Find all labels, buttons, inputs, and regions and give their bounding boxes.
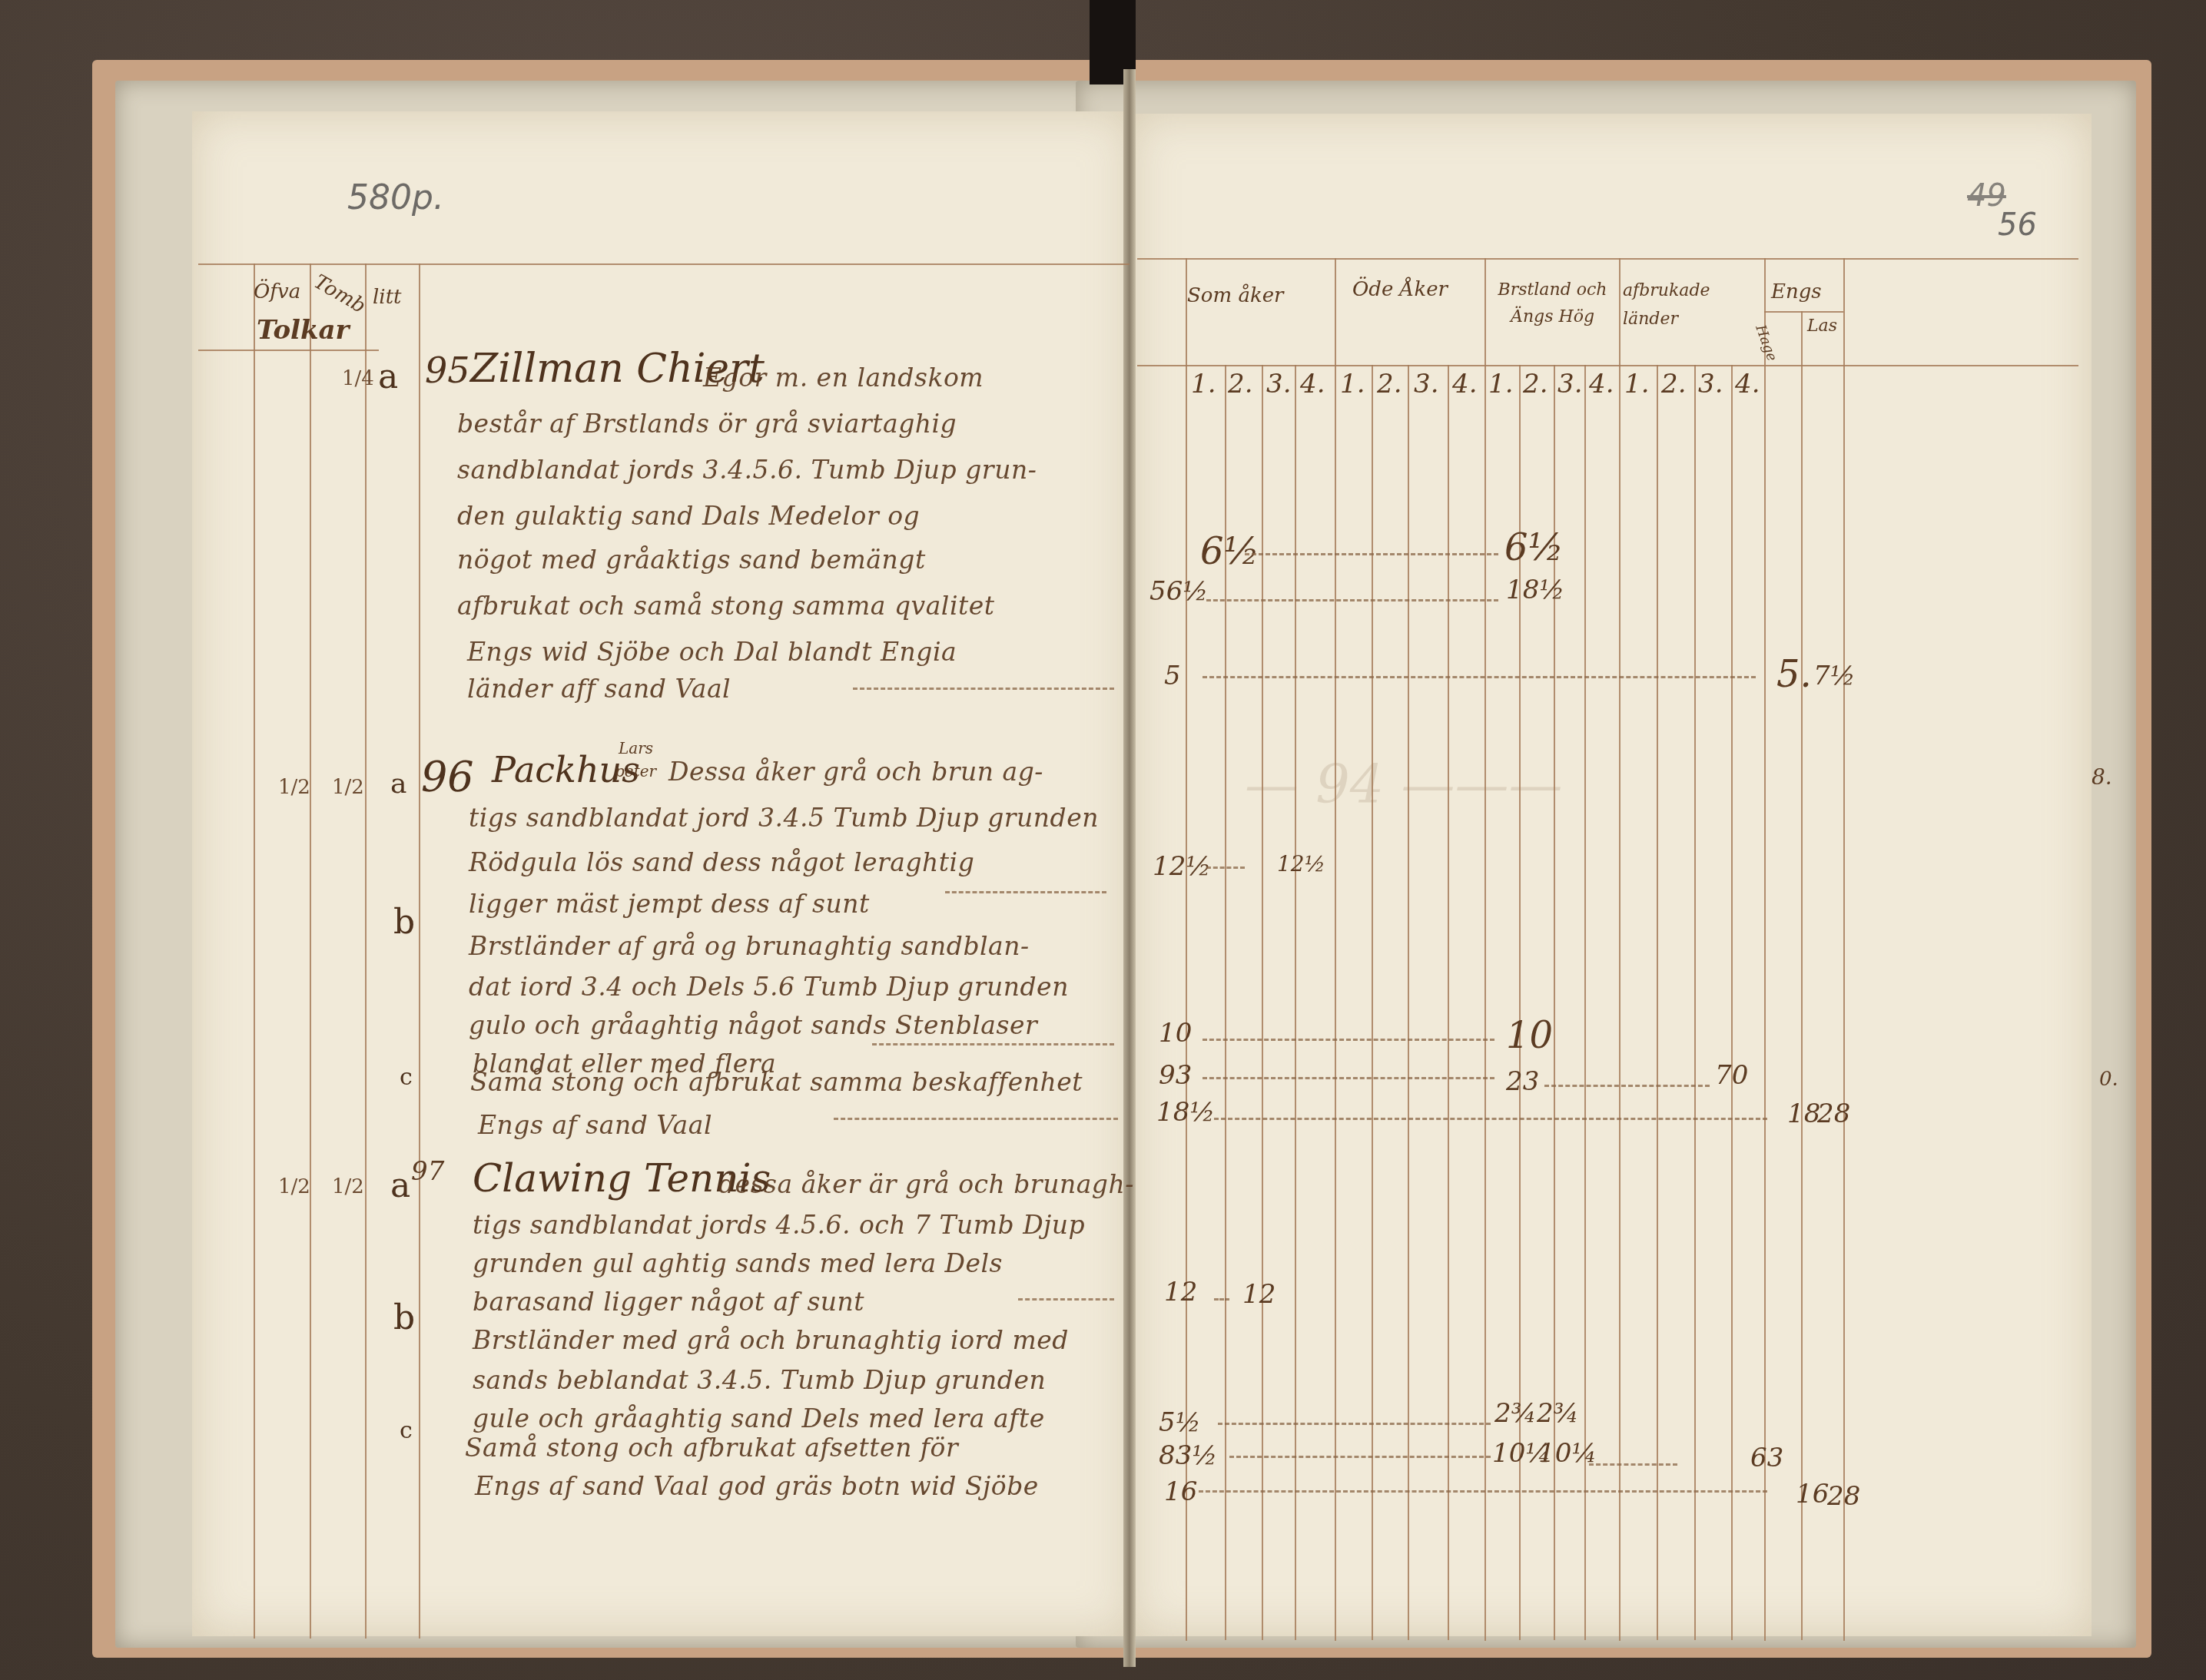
header-col1-sub: Tolkar xyxy=(257,315,350,346)
entry-97-text-line: barasand ligger något af sunt xyxy=(473,1289,864,1314)
subcol-label: 3. xyxy=(1557,369,1582,399)
cell-value: 12 xyxy=(1242,1279,1275,1310)
entry-97-text-line: grunden gul aghtig sands med lera Dels xyxy=(473,1251,1003,1276)
entry-97-col1-fraction: 1/2 xyxy=(278,1175,310,1198)
entry-95-text-line: länder aff sand Vaal xyxy=(467,676,731,701)
folio-number: 56 xyxy=(1998,207,2037,243)
subcol-label: 2. xyxy=(1377,369,1402,399)
entry-95-text-line: består af Brstlands ör grå sviartaghig xyxy=(457,411,957,436)
cell-value: 5. xyxy=(1776,653,1812,696)
cell-value: 18½ xyxy=(1506,575,1564,605)
subcol-label: 3. xyxy=(1698,369,1723,399)
leader-dashes xyxy=(834,1118,1118,1120)
entry-96-text-line: Samå stong och afbrukat samma beskaffenh… xyxy=(470,1069,1083,1095)
column-rule xyxy=(365,263,367,1639)
column-rule xyxy=(1408,365,1409,1640)
entry-97-text-line: Engs af sand Vaal god gräs botn wid Sjöb… xyxy=(475,1473,1039,1499)
subcol-label: 4. xyxy=(1300,369,1325,399)
margin-total: 12 xyxy=(1164,1277,1197,1307)
subcol-label: 2. xyxy=(1523,369,1548,399)
header-group-som-aker: Som åker xyxy=(1187,284,1283,307)
entry-97-text-line: gule och gråaghtig sand Dels med lera af… xyxy=(473,1406,1045,1431)
margin-total: 12½ xyxy=(1153,851,1211,882)
right-page xyxy=(1131,114,2092,1636)
header-engs-las: Las xyxy=(1807,316,1837,336)
entry-96-col2-fraction: 1/2 xyxy=(332,776,364,799)
entry-95-text-line: Engs wid Sjöbe och Dal blandt Engia xyxy=(467,639,957,664)
subcol-label: 4. xyxy=(1452,369,1477,399)
subcol-label: 1. xyxy=(1488,369,1513,399)
entry-95-col2-fraction: 1/4 xyxy=(342,367,374,390)
subcol-label: 1. xyxy=(1191,369,1216,399)
entry-97-text-line: Brstländer med grå och brunaghtig iord m… xyxy=(473,1327,1069,1353)
cell-value: 16 xyxy=(1796,1479,1829,1509)
header-group-ode-aker: Öde Åker xyxy=(1352,278,1448,301)
cell-value: 2¾ xyxy=(1494,1398,1537,1429)
entry-95-part-a: a xyxy=(378,357,398,396)
subcol-label: 2. xyxy=(1228,369,1252,399)
column-rule xyxy=(1657,365,1658,1640)
header-group-afbrukade: afbrukade länder xyxy=(1623,277,1761,334)
leader-dashes xyxy=(1203,676,1756,678)
leader-dashes xyxy=(1203,1039,1494,1041)
entry-95-text-line: den gulaktig sand Dals Medelor og xyxy=(457,503,920,529)
column-rule xyxy=(1335,258,1336,1641)
entry-95-text-line: sandblandat jords 3.4.5.6. Tumb Djup gru… xyxy=(457,457,1037,482)
margin-total: 93 xyxy=(1159,1060,1192,1091)
cell-value: 6½ xyxy=(1504,526,1564,569)
leader-dashes xyxy=(1245,553,1498,555)
cell-value: 6½ xyxy=(1200,530,1259,573)
subcol-label: 3. xyxy=(1414,369,1438,399)
book-gutter xyxy=(1123,69,1136,1667)
header-bottom-rule xyxy=(1137,365,2078,366)
entry-96-text-line: gulo och gråaghtig något sands Stenblase… xyxy=(469,1012,1037,1038)
margin-total: 83½ xyxy=(1159,1440,1217,1471)
leader-dashes xyxy=(1589,1463,1677,1466)
table-top-rule xyxy=(198,263,1130,265)
column-rule xyxy=(310,263,311,1639)
entry-96-forename-1: Lars xyxy=(619,739,653,757)
leader-dashes xyxy=(1206,867,1245,869)
leader-dashes xyxy=(872,1043,1114,1045)
column-rule xyxy=(1262,365,1263,1640)
margin-total: 5½ xyxy=(1159,1407,1201,1438)
cell-value: 12½ xyxy=(1277,851,1325,876)
header-col3: litt xyxy=(373,286,402,309)
entry-95-text-line: afbrukat och samå stong samma qvalitet xyxy=(457,593,995,618)
leader-dashes xyxy=(1018,1298,1114,1301)
leader-dashes xyxy=(1544,1085,1710,1087)
subcol-label: 4. xyxy=(1735,369,1760,399)
entry-96-text-line: tigs sandblandat jord 3.4.5 Tumb Djup gr… xyxy=(469,805,1099,830)
subcol-label: 3. xyxy=(1266,369,1291,399)
column-rule xyxy=(1731,365,1733,1640)
column-rule xyxy=(1843,258,1845,1641)
cell-value: 28 xyxy=(1817,1098,1850,1129)
cell-value: 10¼ xyxy=(1538,1438,1597,1469)
column-rule xyxy=(1372,365,1373,1640)
leader-dashes xyxy=(1199,1490,1767,1493)
cell-value: 2¾ xyxy=(1537,1398,1579,1429)
cell-value: 23 xyxy=(1506,1066,1539,1097)
leader-dashes xyxy=(1218,1423,1491,1425)
column-rule xyxy=(1295,365,1296,1640)
engs-subheader-rule xyxy=(1764,311,1843,313)
entry-97-col2-fraction: 1/2 xyxy=(332,1175,364,1198)
cell-value: 7½ xyxy=(1813,661,1856,691)
cell-value: 63 xyxy=(1750,1443,1783,1473)
entry-96-text-line: Engs af sand Vaal xyxy=(478,1112,712,1138)
column-rule xyxy=(1764,258,1766,1641)
ink-bleed-through: — 94 ——— xyxy=(1245,753,1563,816)
leader-dashes xyxy=(1214,1118,1767,1120)
entry-97-text-line: dessa åker är grå och brunagh- xyxy=(718,1171,1134,1197)
header-group-engs: Engs xyxy=(1771,280,1822,303)
column-rule xyxy=(1694,365,1696,1640)
pencil-annotation: 580p. xyxy=(347,178,444,217)
margin-total: 56½ xyxy=(1149,576,1208,607)
entry-95-text-line: nögot med gråaktigs sand bemängt xyxy=(457,547,926,572)
column-rule xyxy=(1801,311,1803,1640)
leader-dashes xyxy=(945,891,1106,893)
entry-96-part-c: c xyxy=(400,1064,413,1091)
margin-total: 16 xyxy=(1164,1476,1197,1507)
column-rule xyxy=(419,263,420,1639)
entry-97-part-a: a xyxy=(390,1166,410,1205)
entry-96-number: 96 xyxy=(421,753,474,801)
column-rule xyxy=(1484,258,1486,1641)
entry-96-part-b: b xyxy=(393,903,415,942)
edge-mark: 8. xyxy=(2092,764,2112,790)
entry-96-text-line: Rödgula lös sand dess något leraghtig xyxy=(469,850,974,875)
leader-dashes xyxy=(1203,1077,1494,1079)
header-bottom-rule xyxy=(198,350,379,351)
column-rule xyxy=(254,263,255,1639)
entry-96-text-line: Brstländer af grå og brunaghtig sandblan… xyxy=(469,933,1030,959)
margin-total: 5 xyxy=(1164,661,1181,691)
subcol-label: 2. xyxy=(1661,369,1686,399)
margin-total: 18½ xyxy=(1156,1097,1215,1128)
column-rule xyxy=(1619,258,1620,1641)
entry-96-part-a: a xyxy=(390,768,406,800)
cell-value: 70 xyxy=(1715,1060,1748,1091)
entry-97-text-line: sands beblandat 3.4.5. Tumb Djup grunden xyxy=(473,1367,1046,1393)
entry-97-text-line: tigs sandblandat jords 4.5.6. och 7 Tumb… xyxy=(473,1212,1085,1238)
leader-dashes xyxy=(1206,599,1498,601)
leader-dashes xyxy=(1229,1456,1491,1458)
cell-value: 28 xyxy=(1827,1481,1860,1512)
entry-97-part-c: c xyxy=(400,1417,413,1444)
header-col1: Öfva xyxy=(254,280,300,303)
entry-96-col1-fraction: 1/2 xyxy=(278,776,310,799)
entry-97-part-b: b xyxy=(393,1298,415,1337)
leader-dashes xyxy=(853,688,1114,690)
entry-97-number: 97 xyxy=(411,1156,444,1187)
entry-96-text-line: Dessa åker grå och brun ag- xyxy=(668,759,1043,784)
edge-mark: 0. xyxy=(2099,1068,2118,1091)
entry-95-number: 95 xyxy=(425,350,470,391)
margin-total: 10 xyxy=(1159,1018,1192,1049)
subcol-label: 1. xyxy=(1340,369,1365,399)
table-top-rule xyxy=(1137,258,2078,260)
entry-96-forename-2: peter xyxy=(615,762,656,780)
cell-value: 10 xyxy=(1506,1014,1553,1057)
subcol-label: 4. xyxy=(1589,369,1614,399)
leader-dashes xyxy=(1214,1298,1229,1301)
column-rule xyxy=(1448,365,1449,1640)
entry-96-text-line: dat iord 3.4 och Dels 5.6 Tumb Djup grun… xyxy=(469,974,1069,999)
header-group-brstland: Brstland och Ängs Hög xyxy=(1489,277,1616,330)
subcol-label: 1. xyxy=(1624,369,1649,399)
entry-96-text-line: ligger mäst jempt dess af sunt xyxy=(469,891,870,916)
entry-97-text-line: Samå stong och afbrukat afsetten för xyxy=(465,1435,958,1460)
entry-95-text-line: Egor m. en landskom xyxy=(703,365,984,390)
cell-value: 18 xyxy=(1787,1098,1820,1129)
